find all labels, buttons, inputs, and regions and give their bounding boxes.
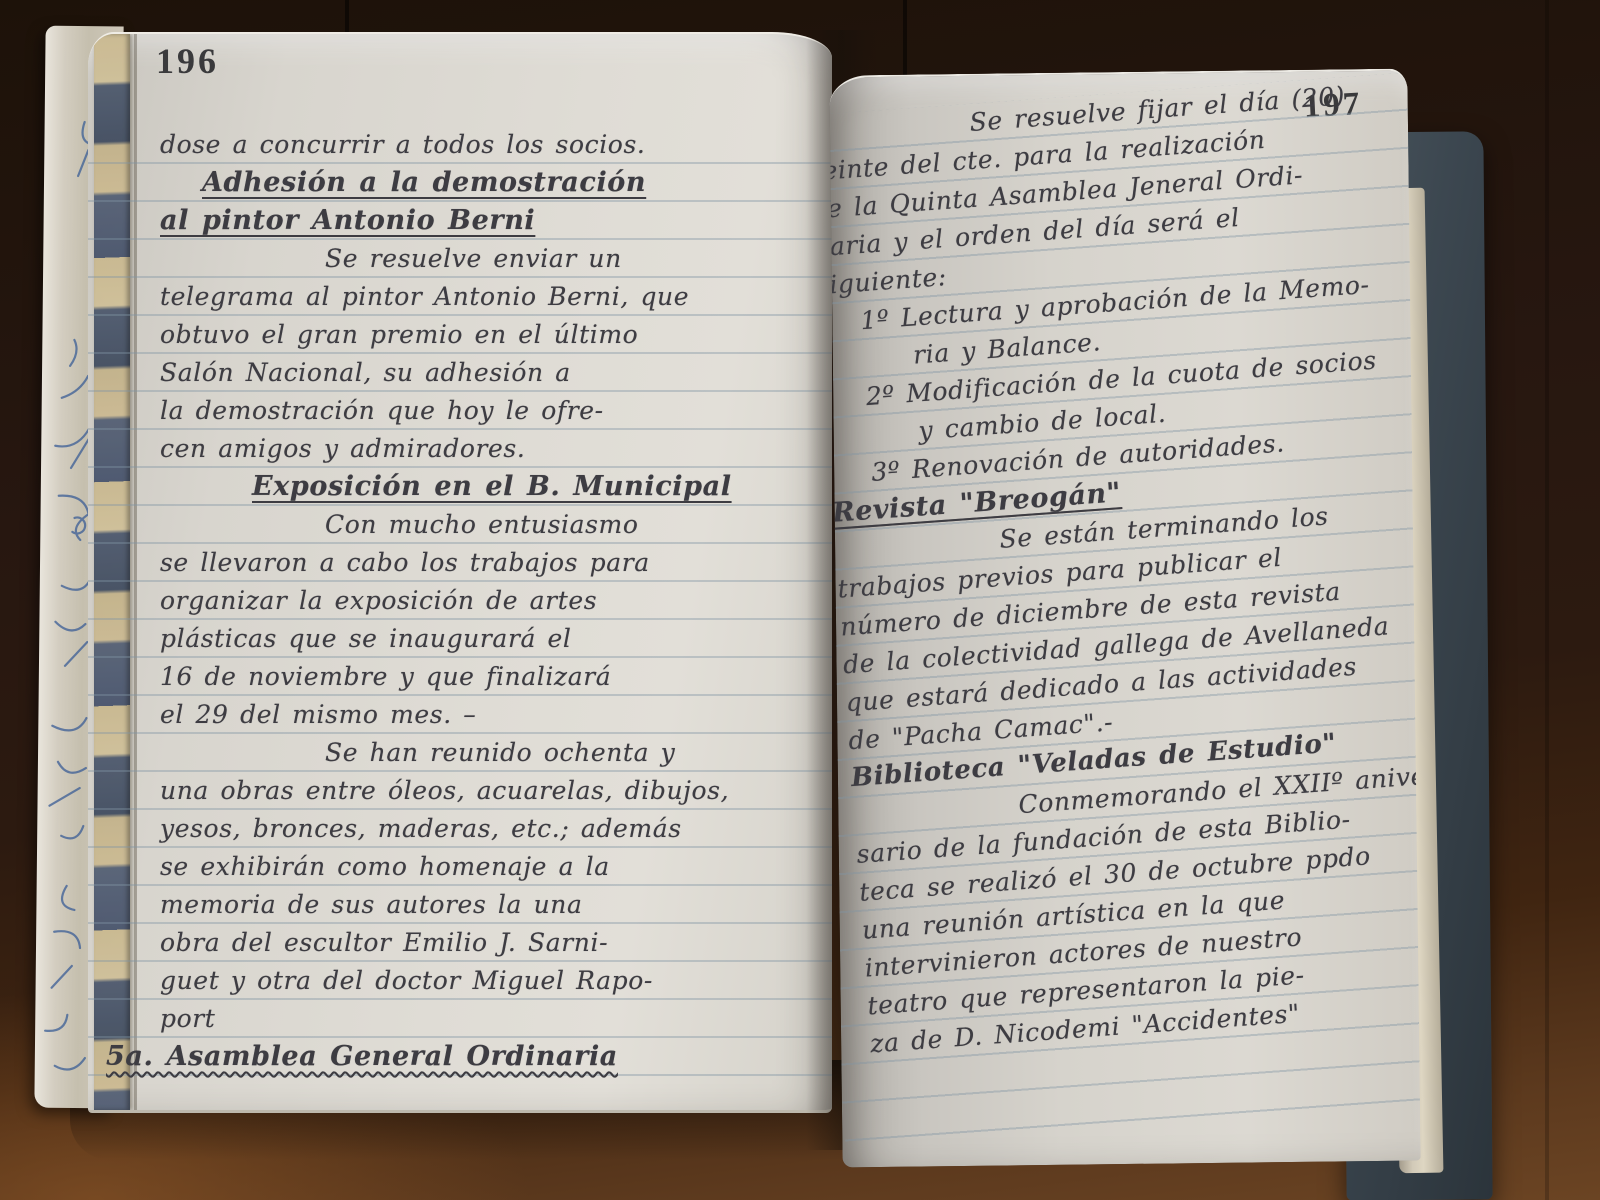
handwritten-line: dose a concurrir a todos los socios. [160, 126, 832, 164]
handwritten-line: obra del escultor Emilio J. Sarni- [160, 924, 832, 962]
handwritten-line: el 29 del mismo mes. – [160, 696, 832, 734]
right-page-tilt: Se resuelve fijar el día (20)veinte del … [829, 72, 1420, 1161]
handwritten-line: Exposición en el B. Municipal [160, 468, 832, 506]
handwritten-line: Salón Nacional, su adhesión a [160, 354, 832, 392]
handwritten-line: 16 de noviembre y que finalizará [160, 658, 832, 696]
handwritten-line: cen amigos y admiradores. [160, 430, 832, 468]
handwritten-line: al pintor Antonio Berni [160, 202, 832, 240]
handwritten-line: se exhibirán como homenaje a la [160, 848, 832, 886]
handwritten-line: organizar la exposición de artes [160, 582, 832, 620]
handwritten-line: Con mucho entusiasmo [160, 506, 832, 544]
handwritten-line: guet y otra del doctor Miguel Rapo- [160, 962, 832, 1000]
handwritten-line: telegrama al pintor Antonio Berni, que [160, 278, 832, 316]
handwritten-line: 5a. Asamblea General Ordinaria [106, 1038, 832, 1076]
left-page: 196 dose a concurrir a todos los socios.… [88, 32, 832, 1113]
handwritten-line: una obras entre óleos, acuarelas, dibujo… [160, 772, 832, 810]
handwritten-line: memoria de sus autores la una [160, 886, 832, 924]
right-page: 197 Se resuelve fijar el día (20)veinte … [829, 69, 1420, 1168]
handwritten-line: obtuvo el gran premio en el último [160, 316, 832, 354]
left-page-text: dose a concurrir a todos los socios.Adhe… [88, 126, 832, 1094]
wood-plank-seam [1545, 0, 1549, 1200]
handwritten-line: la demostración que hoy le ofre- [160, 392, 832, 430]
handwritten-line: plásticas que se inaugurará el [160, 620, 832, 658]
handwritten-line: Adhesión a la demostración [160, 164, 832, 202]
left-page-number: 196 [156, 40, 219, 82]
photo-scene: 196 dose a concurrir a todos los socios.… [0, 0, 1600, 1200]
handwritten-line: Se resuelve enviar un [160, 240, 832, 278]
handwritten-line: Se han reunido ochenta y [160, 734, 832, 772]
handwritten-line: se llevaron a cabo los trabajos para [160, 544, 832, 582]
handwritten-line: port [160, 1000, 832, 1038]
handwritten-line: yesos, bronces, maderas, etc.; además [160, 810, 832, 848]
right-page-text: Se resuelve fijar el día (20)veinte del … [829, 72, 1420, 1161]
